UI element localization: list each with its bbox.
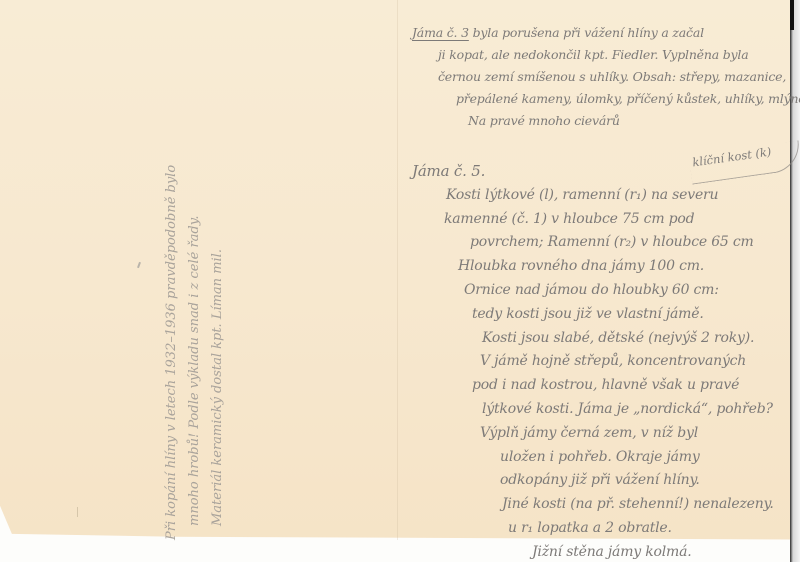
- pit-5-line-2: kamenné (č. 1) v hloubce 75 cm pod: [444, 208, 774, 232]
- pit-5-line-6: tedy kosti jsou již ve vlastní jámě.: [472, 303, 774, 327]
- pit-3-line-4: přepálené kameny, úlomky, příčený kůstek…: [456, 88, 800, 110]
- pit-5-line-8: V jámě hojně střepů, koncentrovaných: [480, 350, 774, 374]
- pit-3-line-5: Na pravé mnoho cievárů: [468, 110, 800, 132]
- pit-5-line-4: Hloubka rovného dna jámy 100 cm.: [458, 255, 774, 279]
- pit-3-line-2: ji kopat, ale nedokončil kpt. Fiedler. V…: [438, 44, 800, 66]
- pit-5-line-3: povrchem; Ramenní (r₂) v hloubce 65 cm: [470, 231, 774, 255]
- pit-5-line-10: lýtkové kosti. Jáma je „nordická“, pohře…: [482, 398, 774, 422]
- pit-5-line-16: Jižní stěna jámy kolmá.: [532, 541, 774, 562]
- side-note-line-3: Materiál keramický dostal kpt. Líman mil…: [206, 165, 229, 526]
- pit-3-line-1: Jáma č. 3 byla porušena při vážení hlíny…: [412, 22, 800, 44]
- pit-5-line-13: odkopány již při vážení hlíny.: [500, 469, 774, 493]
- side-note-line-1: Při kopání hlíny v letech 1932–1936 prav…: [160, 165, 183, 540]
- paper-speck: [77, 507, 78, 517]
- side-note-rotated: Při kopání hlíny v letech 1932–1936 prav…: [160, 165, 229, 540]
- pit-3-line-3: černou zemí smíšenou s uhlíky. Obsah: st…: [438, 66, 800, 88]
- pit-3-heading: Jáma č. 3: [412, 25, 469, 40]
- pit-5-line-7: Kosti jsou slabé, dětské (nejvýš 2 roky)…: [482, 327, 774, 351]
- paper-fold: [397, 0, 398, 540]
- pit-5-line-11: Výplň jámy černá zem, v níž byl: [480, 422, 774, 446]
- pit-5-heading: Jáma č. 5.: [412, 160, 774, 184]
- side-note-line-2: mnoho hrobů! Podle výkladu snad i z celé…: [183, 165, 206, 526]
- pit-5-line-5: Ornice nad jámou do hloubky 60 cm:: [464, 279, 774, 303]
- pit-5-note: Jáma č. 5. Kosti lýtkové (l), ramenní (r…: [412, 160, 774, 562]
- pit-5-line-9: pod i nad kostrou, hlavně však u pravé: [472, 374, 774, 398]
- pit-5-line-14: Jiné kosti (na př. stehenní!) nenalezeny…: [502, 493, 774, 517]
- pit-5-line-1: Kosti lýtkové (l), ramenní (r₁) na sever…: [446, 184, 774, 208]
- pit-5-line-15: u r₁ lopatka a 2 obratle.: [508, 517, 774, 541]
- pit-3-note: Jáma č. 3 byla porušena při vážení hlíny…: [408, 22, 800, 132]
- pit-3-text: byla porušena při vážení hlíny a začal: [473, 25, 704, 40]
- pit-5-line-12: uložen i pohřeb. Okraje jámy: [500, 446, 774, 470]
